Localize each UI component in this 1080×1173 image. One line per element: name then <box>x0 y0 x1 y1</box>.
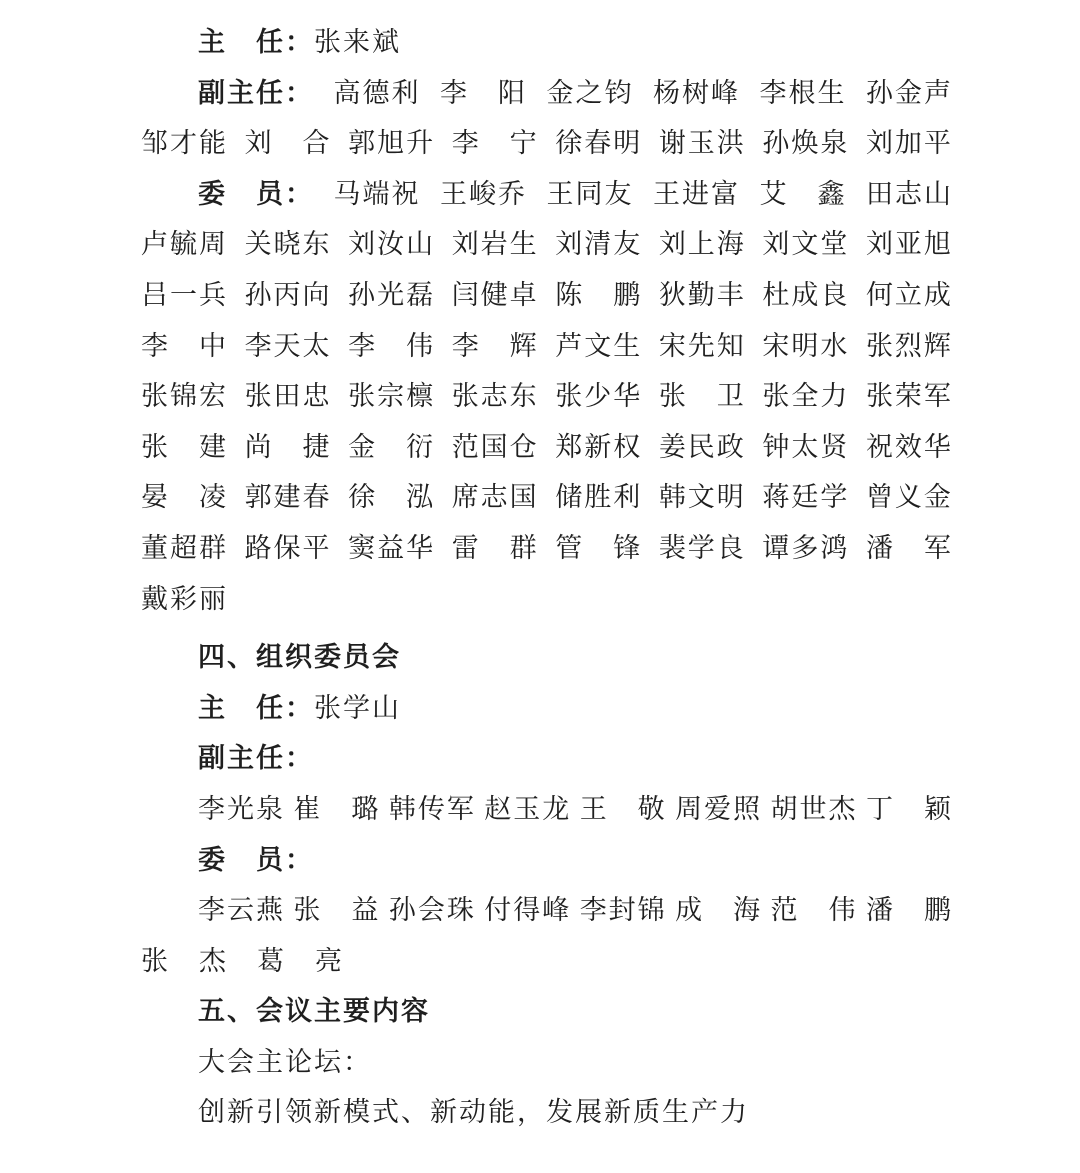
name-token: 付得峰 <box>484 885 571 936</box>
name-token: 张来斌 <box>314 17 401 68</box>
name-token: 田志山 <box>866 169 953 220</box>
name-token: 晏 凌 <box>141 472 228 523</box>
name-token: 李封锦 <box>580 885 667 936</box>
line-forum-topic: 创新引领新模式、新动能，发展新质生产力 <box>141 1087 953 1138</box>
name-token: 裴学良 <box>659 523 746 574</box>
name-token: 刘岩生 <box>452 219 539 270</box>
name-token: 马端祝 <box>334 169 421 220</box>
name-token: 何立成 <box>866 270 953 321</box>
line-members-cont: 董超群路保平窦益华雷 群管 锋裴学良谭多鸿潘 军 <box>141 523 953 574</box>
section-heading: 四、组织委员会 <box>141 632 953 683</box>
name-token: 宋先知 <box>659 321 746 372</box>
name-token: 韩文明 <box>659 472 746 523</box>
line-forum-label: 大会主论坛： <box>141 1037 953 1088</box>
name-token: 储胜利 <box>555 472 642 523</box>
name-token: 窦益华 <box>348 523 435 574</box>
name-token: 钟太贤 <box>762 422 849 473</box>
line-vice-chairs-cont: 邹才能刘 合郭旭升李 宁徐春明谢玉洪孙焕泉刘加平 <box>141 118 953 169</box>
name-token: 张锦宏 <box>141 371 228 422</box>
name-token: 孙丙向 <box>245 270 332 321</box>
name-token: 吕一兵 <box>141 270 228 321</box>
name-token: 范 伟 <box>771 885 858 936</box>
section-label: 主 任： <box>198 683 314 734</box>
name-token: 李光泉 <box>198 784 285 835</box>
line-chair: 主 任：张学山 <box>141 683 953 734</box>
name-token: 杨树峰 <box>653 68 740 119</box>
name-token: 李根生 <box>760 68 847 119</box>
name-token: 王 敬 <box>580 784 667 835</box>
line-members-cont: 张锦宏张田忠张宗檩张志东张少华张 卫张全力张荣军 <box>141 371 953 422</box>
line-members-cont: 李云燕张 益孙会珠付得峰李封锦成 海范 伟潘 鹏 <box>141 885 953 936</box>
name-token: 谢玉洪 <box>659 118 746 169</box>
line-vice-chairs: 副主任：高德利李 阳金之钧杨树峰李根生孙金声 <box>141 68 953 119</box>
name-token: 张 建 <box>141 422 228 473</box>
name-token: 闫健卓 <box>452 270 539 321</box>
name-token: 姜民政 <box>659 422 746 473</box>
line-members-label: 委 员： <box>141 835 953 886</box>
name-token: 成 海 <box>675 885 762 936</box>
line-members-cont: 卢毓周关晓东刘汝山刘岩生刘清友刘上海刘文堂刘亚旭 <box>141 219 953 270</box>
section-label: 委 员： <box>198 169 314 220</box>
name-token: 刘汝山 <box>348 219 435 270</box>
name-token: 大会主论坛： <box>198 1037 372 1088</box>
line-vice-chairs-cont: 李光泉崔 璐韩传军赵玉龙王 敬周爱照胡世杰丁 颖 <box>141 784 953 835</box>
name-token: 孙焕泉 <box>762 118 849 169</box>
name-token: 宋明水 <box>762 321 849 372</box>
name-token: 潘 鹏 <box>866 885 953 936</box>
name-token: 李 中 <box>141 321 228 372</box>
name-token: 刘上海 <box>659 219 746 270</box>
name-token: 胡世杰 <box>771 784 858 835</box>
name-token: 刘亚旭 <box>866 219 953 270</box>
name-token: 席志国 <box>452 472 539 523</box>
name-token: 祝效华 <box>866 422 953 473</box>
name-token: 郭旭升 <box>348 118 435 169</box>
name-token: 刘 合 <box>245 118 332 169</box>
name-token: 李 伟 <box>348 321 435 372</box>
name-token: 王峻乔 <box>440 169 527 220</box>
name-token: 张 卫 <box>659 371 746 422</box>
section-label: 副主任： <box>198 68 314 119</box>
name-token: 艾 鑫 <box>760 169 847 220</box>
name-token: 张宗檩 <box>348 371 435 422</box>
name-token: 管 锋 <box>555 523 642 574</box>
name-token: 韩传军 <box>389 784 476 835</box>
name-token: 潘 军 <box>866 523 953 574</box>
section-label: 副主任： <box>198 733 314 784</box>
name-token: 狄勤丰 <box>659 270 746 321</box>
name-token: 路保平 <box>245 523 332 574</box>
line-vice-chairs-label: 副主任： <box>141 733 953 784</box>
name-token: 王同友 <box>547 169 634 220</box>
name-token: 卢毓周 <box>141 219 228 270</box>
name-token: 李 辉 <box>452 321 539 372</box>
name-token: 刘加平 <box>866 118 953 169</box>
section-heading-text: 四、组织委员会 <box>198 632 401 683</box>
name-token: 刘文堂 <box>762 219 849 270</box>
name-token: 张全力 <box>762 371 849 422</box>
name-token: 尚 捷 <box>245 422 332 473</box>
section-heading-text: 五、会议主要内容 <box>198 986 430 1037</box>
name-token: 张志东 <box>452 371 539 422</box>
name-token: 芦文生 <box>555 321 642 372</box>
name-token: 蒋廷学 <box>762 472 849 523</box>
name-token: 张烈辉 <box>866 321 953 372</box>
name-token: 张田忠 <box>245 371 332 422</box>
name-token: 范国仓 <box>452 422 539 473</box>
name-token: 孙光磊 <box>348 270 435 321</box>
line-members-cont: 吕一兵孙丙向孙光磊闫健卓陈 鹏狄勤丰杜成良何立成 <box>141 270 953 321</box>
name-token: 刘清友 <box>555 219 642 270</box>
line-members-cont: 张 建尚 捷金 衍范国仓郑新权姜民政钟太贤祝效华 <box>141 422 953 473</box>
name-token: 崔 璐 <box>293 784 380 835</box>
section-label: 委 员： <box>198 835 314 886</box>
line-chair: 主 任：张来斌 <box>141 17 953 68</box>
name-token: 邹才能 <box>141 118 228 169</box>
name-token: 李云燕 <box>198 885 285 936</box>
line-members-cont: 晏 凌郭建春徐 泓席志国储胜利韩文明蒋廷学曾义金 <box>141 472 953 523</box>
name-token: 陈 鹏 <box>555 270 642 321</box>
name-token: 王进富 <box>653 169 740 220</box>
name-token: 金之钧 <box>547 68 634 119</box>
line-members-cont: 戴彩丽 <box>141 574 953 625</box>
name-token: 赵玉龙 <box>484 784 571 835</box>
name-token: 戴彩丽 <box>141 574 228 625</box>
name-token: 关晓东 <box>245 219 332 270</box>
section-heading: 五、会议主要内容 <box>141 986 953 1037</box>
name-token: 谭多鸿 <box>762 523 849 574</box>
name-token: 郑新权 <box>555 422 642 473</box>
name-token: 董超群 <box>141 523 228 574</box>
name-token: 周爱照 <box>675 784 762 835</box>
name-token: 创新引领新模式、新动能，发展新质生产力 <box>198 1087 749 1138</box>
name-token: 曾义金 <box>866 472 953 523</box>
name-token: 徐春明 <box>555 118 642 169</box>
name-token: 张 益 <box>293 885 380 936</box>
line-members-cont: 张 杰 葛 亮 <box>141 936 953 987</box>
name-token: 徐 泓 <box>348 472 435 523</box>
name-token: 杜成良 <box>762 270 849 321</box>
document-body: 主 任：张来斌副主任：高德利李 阳金之钧杨树峰李根生孙金声邹才能刘 合郭旭升李 … <box>141 17 953 1138</box>
name-token: 丁 颖 <box>866 784 953 835</box>
name-token: 张学山 <box>314 683 401 734</box>
name-token: 高德利 <box>334 68 421 119</box>
name-token: 李 宁 <box>452 118 539 169</box>
name-token: 张少华 <box>555 371 642 422</box>
name-token: 张 杰 葛 亮 <box>141 936 344 987</box>
name-token: 郭建春 <box>245 472 332 523</box>
name-token: 孙会珠 <box>389 885 476 936</box>
name-token: 金 衍 <box>348 422 435 473</box>
name-token: 雷 群 <box>452 523 539 574</box>
document-page: 主 任：张来斌副主任：高德利李 阳金之钧杨树峰李根生孙金声邹才能刘 合郭旭升李 … <box>0 0 1080 1173</box>
name-token: 孙金声 <box>866 68 953 119</box>
line-members-cont: 李 中李天太李 伟李 辉芦文生宋先知宋明水张烈辉 <box>141 321 953 372</box>
name-token: 李天太 <box>245 321 332 372</box>
name-token: 李 阳 <box>440 68 527 119</box>
section-label: 主 任： <box>198 17 314 68</box>
name-token: 张荣军 <box>866 371 953 422</box>
line-members: 委 员：马端祝王峻乔王同友王进富艾 鑫田志山 <box>141 169 953 220</box>
